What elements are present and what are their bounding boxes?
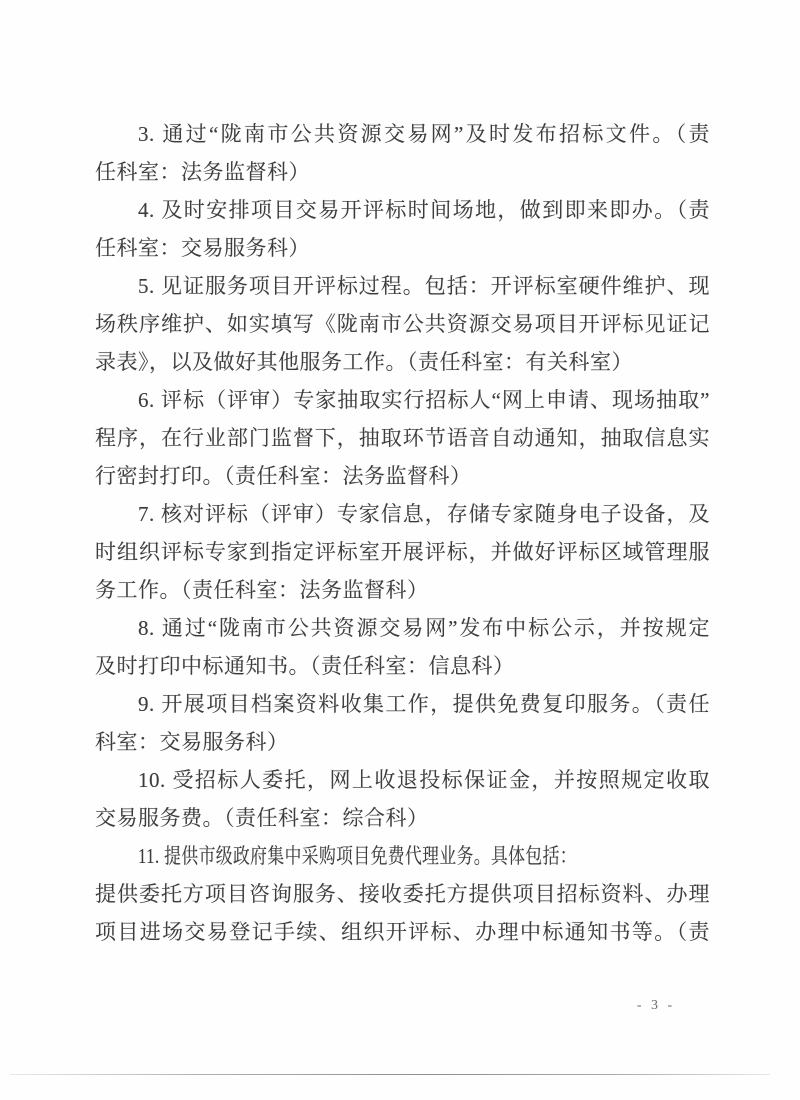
text-line: 8. 通过“陇南市公共资源交易网”发布中标公示，并按规定 — [95, 609, 710, 647]
text-line: 交易服务费。（责任科室：综合科） — [95, 799, 710, 837]
paragraph-list: 3. 通过“陇南市公共资源交易网”及时发布招标文件。（责任科室：法务监督科）4.… — [95, 115, 710, 951]
text-line: 录表》，以及做好其他服务工作。（责任科室：有关科室） — [95, 343, 710, 381]
text-line-squeezed: 11. 提供市级政府集中采购项目免费代理业务。具体包括： — [138, 837, 577, 875]
text-line: 场秩序维护、如实填写《陇南市公共资源交易项目开评标见证记 — [95, 305, 710, 343]
text-line: 5. 见证服务项目开评标过程。包括：开评标室硬件维护、现 — [95, 267, 710, 305]
text-line: 7. 核对评标（评审）专家信息，存储专家随身电子设备，及 — [95, 495, 710, 533]
document-body: 3. 通过“陇南市公共资源交易网”及时发布招标文件。（责任科室：法务监督科）4.… — [95, 115, 710, 951]
text-line: 4. 及时安排项目交易开评标时间场地，做到即来即办。（责 — [95, 191, 710, 229]
page-number: - 3 - — [620, 996, 692, 1016]
scan-edge-line — [10, 1074, 770, 1075]
text-line: 提供委托方项目咨询服务、接收委托方提供项目招标资料、办理 — [95, 875, 710, 913]
text-line: 10. 受招标人委托，网上收退投标保证金，并按照规定收取 — [95, 761, 710, 799]
text-line: 程序，在行业部门监督下，抽取环节语音自动通知，抽取信息实 — [95, 419, 710, 457]
document-page: 3. 通过“陇南市公共资源交易网”及时发布招标文件。（责任科室：法务监督科）4.… — [0, 0, 800, 1100]
text-line: 时组织评标专家到指定评标室开展评标，并做好评标区域管理服 — [95, 533, 710, 571]
text-line: 科室：交易服务科） — [95, 723, 710, 761]
text-line: 9. 开展项目档案资料收集工作，提供免费复印服务。（责任 — [95, 685, 710, 723]
text-line: 任科室：交易服务科） — [95, 229, 710, 267]
text-line: 项目进场交易登记手续、组织开评标、办理中标通知书等。（责 — [95, 913, 710, 951]
text-line: 11. 提供市级政府集中采购项目免费代理业务。具体包括： — [95, 837, 710, 875]
text-line: 3. 通过“陇南市公共资源交易网”及时发布招标文件。（责 — [95, 115, 710, 153]
text-line: 务工作。（责任科室：法务监督科） — [95, 571, 710, 609]
text-line: 6. 评标（评审）专家抽取实行招标人“网上申请、现场抽取” — [95, 381, 710, 419]
text-line: 行密封打印。（责任科室：法务监督科） — [95, 457, 710, 495]
text-line: 任科室：法务监督科） — [95, 153, 710, 191]
text-line: 及时打印中标通知书。（责任科室：信息科） — [95, 647, 710, 685]
